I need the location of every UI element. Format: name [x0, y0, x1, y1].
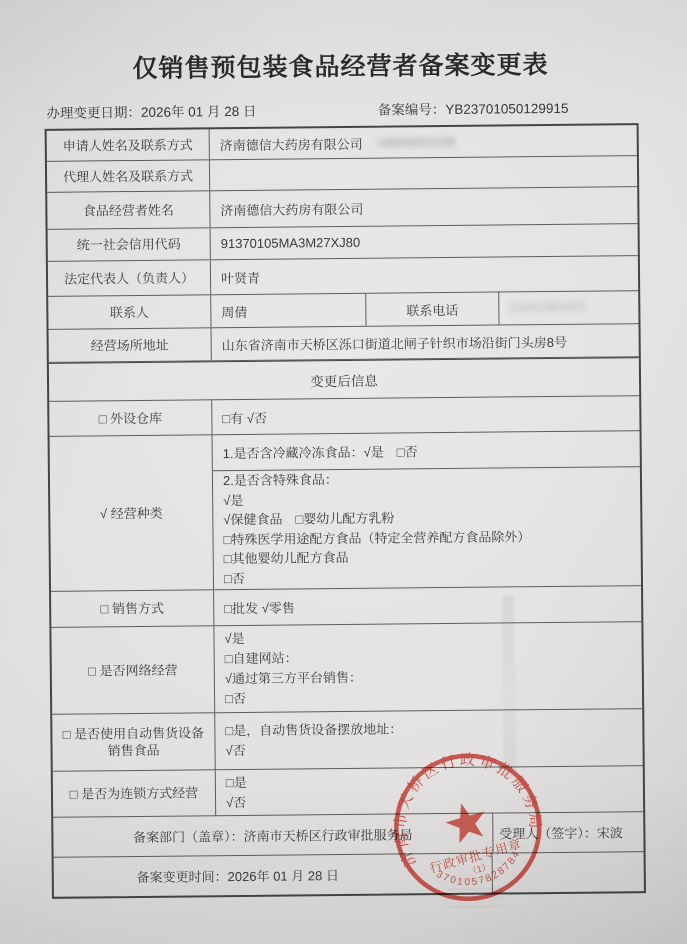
sales-mode-label: □ 销售方式: [51, 590, 214, 627]
vending-line: □是，自动售货设备摆放地址：: [225, 719, 402, 741]
form-meta-line: 办理变更日期：2026年 01 月 28 日 备案编号：YB2370105012…: [46, 97, 568, 122]
row-legal-rep: 法定代表人（负责人） 叶贤青: [48, 256, 638, 297]
credit-code-value: 91370105MA3M27XJ80: [211, 224, 638, 259]
categories-subrows: 1.是否含冷藏冷冻食品：√是 □否 2.是否含特殊食品： √是 √保健食品 □婴…: [213, 431, 641, 589]
row-chain-operation: □ 是否为连锁方式经营 □是 √否: [53, 766, 643, 818]
contact-label: 联系人: [48, 295, 211, 329]
row-operator-name: 食品经营者姓名 济南德信大药房有限公司: [47, 187, 637, 230]
categories-label: √ 经营种类: [50, 435, 214, 591]
row-section-header: 变更后信息: [49, 357, 639, 402]
contact-phone-label: 联系电话: [366, 293, 499, 326]
agent-label: 代理人姓名及联系方式: [47, 160, 210, 192]
vending-label-line2: 销售食品: [63, 741, 205, 759]
vending-label-line1: □ 是否使用自动售货设备: [63, 724, 205, 742]
agent-value-cell: [210, 156, 637, 190]
form-sheet: 仅销售预包装食品经营者备案变更表 办理变更日期：2026年 01 月 28 日 …: [0, 0, 687, 944]
change-date-line: 办理变更日期：2026年 01 月 28 日: [46, 100, 256, 122]
operator-value: 济南德信大药房有限公司: [210, 187, 637, 227]
applicant-value-cell: 济南德信大药房有限公司 18866863298: [210, 125, 637, 159]
contact-name: 周倩: [211, 294, 366, 327]
online-value-block: √是 □自建网站： √通过第三方平台销售： □否: [214, 622, 642, 712]
vending-label-text: □ 是否使用自动售货设备 销售食品: [63, 724, 205, 759]
seal-star: [442, 798, 491, 846]
chain-label: □ 是否为连锁方式经营: [53, 770, 216, 817]
address-value: 山东省济南市天桥区泺口街道北闸子针织市场沿街门头房8号: [212, 324, 639, 360]
special-food-line: □其他婴幼儿配方食品: [224, 548, 349, 569]
credit-code-label: 统一社会信用代码: [48, 228, 211, 261]
sales-mode-value: □批发 √零售: [214, 586, 641, 625]
special-food-line: √是: [223, 491, 243, 511]
form-title: 仅销售预包装食品经营者备案变更表: [0, 44, 684, 87]
chain-line: □是: [226, 772, 247, 792]
cold-food-line: 1.是否含冷藏冷冻食品：√是 □否: [213, 431, 640, 471]
applicant-phone-redacted: 18866863298: [377, 135, 456, 150]
applicant-label: 申请人姓名及联系方式: [47, 129, 210, 161]
online-line: √是: [224, 629, 244, 649]
row-sales-mode: □ 销售方式 □批发 √零售: [51, 586, 641, 628]
contact-phone-redacted: 13181381423: [509, 302, 585, 315]
special-food-line: √保健食品 □婴幼儿配方乳粉: [223, 509, 394, 530]
contact-phone-cell: 13181381423: [499, 291, 638, 324]
row-warehouse: □ 外设仓库 □有 √否: [49, 396, 639, 437]
vending-line: √否: [225, 741, 245, 761]
operator-label: 食品经营者姓名: [47, 191, 210, 229]
vending-label: □ 是否使用自动售货设备 销售食品: [52, 713, 216, 771]
special-food-block: 2.是否含特殊食品： √是 √保健食品 □婴幼儿配方乳粉 □特殊医学用途配方食品…: [213, 467, 641, 589]
form-table: 申请人姓名及联系方式 济南德信大药房有限公司 18866863298 代理人姓名…: [45, 123, 646, 899]
row-business-categories: √ 经营种类 1.是否含冷藏冷冻食品：√是 □否 2.是否含特殊食品： √是 √…: [50, 431, 641, 592]
legal-rep-label: 法定代表人（负责人）: [48, 260, 211, 296]
online-line: √通过第三方平台销售：: [225, 668, 362, 689]
record-number-line: 备案编号：YB23701050129915: [378, 97, 569, 119]
warehouse-value: □有 √否: [212, 396, 639, 434]
section-title: 变更后信息: [49, 358, 639, 401]
scanned-form-photo: 仅销售预包装食品经营者备案变更表 办理变更日期：2026年 01 月 28 日 …: [0, 0, 687, 944]
row-vending-machine: □ 是否使用自动售货设备 销售食品 □是，自动售货设备摆放地址： √否: [52, 709, 643, 772]
online-label: □ 是否网络经营: [51, 626, 215, 714]
row-online-business: □ 是否网络经营 √是 □自建网站： √通过第三方平台销售： □否: [51, 622, 642, 715]
special-food-line: □特殊医学用途配方食品（特定全营养配方食品除外）: [223, 527, 530, 549]
chain-line: √否: [226, 792, 246, 812]
warehouse-label: □ 外设仓库: [49, 400, 212, 436]
online-line: □否: [225, 689, 246, 709]
address-label: 经营场所地址: [49, 328, 212, 362]
special-food-line: 2.是否含特殊食品：: [223, 470, 338, 491]
legal-rep-value: 叶贤青: [211, 256, 638, 294]
online-line: □自建网站：: [225, 648, 298, 669]
applicant-name: 济南德信大药房有限公司: [220, 133, 363, 153]
special-food-line: □否: [224, 569, 245, 589]
